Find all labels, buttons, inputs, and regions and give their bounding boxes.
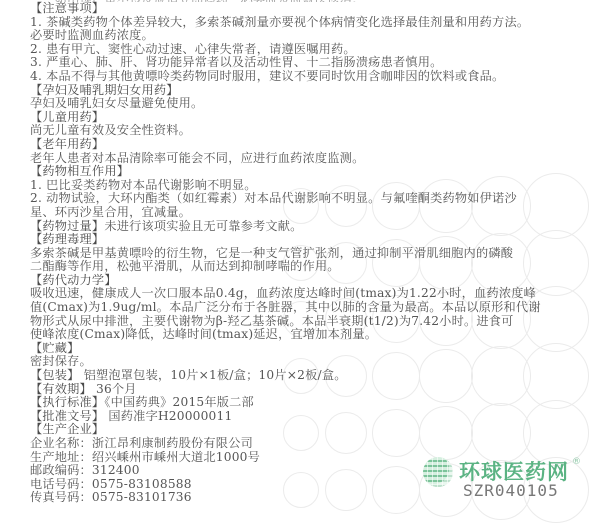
interactions-line-3: 星、环丙沙星合用，宜减量。 xyxy=(30,206,590,220)
section-heading-storage: 【贮藏】 xyxy=(30,342,590,356)
overdose-text: 未进行该项实验且无可靠参考文献。 xyxy=(104,219,302,233)
section-heading-standard: 【执行标准】 xyxy=(30,395,104,409)
section-heading-geriatric: 【老年用药】 xyxy=(30,138,590,152)
standard-row: 【执行标准】《中国药典》2015年版二部 xyxy=(30,396,590,410)
section-heading-packaging: 【包装】 xyxy=(30,368,80,382)
pharmacokinetics-line-4: 使峰浓度(Cmax)降低，达峰时间(tmax)延迟，宜增加本剂量。 xyxy=(30,328,590,342)
approval-number-text: 国药准字H20000011 xyxy=(104,409,232,423)
section-heading-shelf-life: 【有效期】 xyxy=(30,382,92,396)
globe-icon xyxy=(423,457,453,487)
logo-text: 环球医药网 xyxy=(459,461,569,483)
packaging-row: 【包装】 铝塑泡罩包装，10片×1板/盒；10片×2板/盒。 xyxy=(30,369,590,383)
standard-text: 《中国药典》2015年版二部 xyxy=(104,395,254,409)
approval-number-row: 【批准文号】 国药准字H20000011 xyxy=(30,410,590,424)
watermark-code: SZR040105 xyxy=(463,481,559,500)
package-insert-document: ……如出现严重不良反应请立即停药，必要时及时就医诊治。 【注意事项】 1. 茶碱… xyxy=(30,0,590,505)
section-heading-precautions: 【注意事项】 xyxy=(30,2,590,16)
section-heading-overdose: 【药物过量】 xyxy=(30,219,104,233)
pharmacology-line-2: 二酯酶等作用，松弛平滑肌，从而达到抑制哮喘的作用。 xyxy=(30,260,590,274)
precautions-line-5: 4. 本品不得与其他黄嘌呤类药物同时服用，建议不要同时饮用含咖啡因的饮料或食品。 xyxy=(30,70,590,84)
shelf-life-text: 36个月 xyxy=(92,382,137,396)
packaging-text: 铝塑泡罩包装，10片×1板/盒；10片×2板/盒。 xyxy=(80,368,347,382)
registered-mark: ® xyxy=(572,457,581,467)
pregnancy-text: 孕妇及哺乳妇女尽量避免使用。 xyxy=(30,97,590,111)
interactions-line-2: 2. 动物试验，大环内酯类（如红霉素）对本品代谢影响不明显。与氟喹酮类药物如伊诺… xyxy=(30,192,590,206)
precautions-line-4: 3. 严重心、肺、肝、肾功能异常者以及活动性胃、十二指肠溃疡患者慎用。 xyxy=(30,56,590,70)
pharmacokinetics-line-2: 值(Cmax)为1.9ug/ml。本品广泛分布于各脏器，其中以肺的含量为最高。本… xyxy=(30,301,590,315)
section-heading-interactions: 【药物相互作用】 xyxy=(30,165,590,179)
section-heading-manufacturer: 【生产企业】 xyxy=(30,423,590,437)
section-heading-approval-number: 【批准文号】 xyxy=(30,409,104,423)
pediatric-text: 尚无儿童有效及安全性资料。 xyxy=(30,124,590,138)
section-heading-pharmacology: 【药理毒理】 xyxy=(30,233,590,247)
precautions-line-2: 必要时监测血药浓度。 xyxy=(30,29,590,43)
overdose-row: 【药物过量】未进行该项实验且无可靠参考文献。 xyxy=(30,220,590,234)
manufacturer-name: 企业名称：浙江昂利康制药股份有限公司 xyxy=(30,437,590,451)
storage-text: 密封保存。 xyxy=(30,355,590,369)
